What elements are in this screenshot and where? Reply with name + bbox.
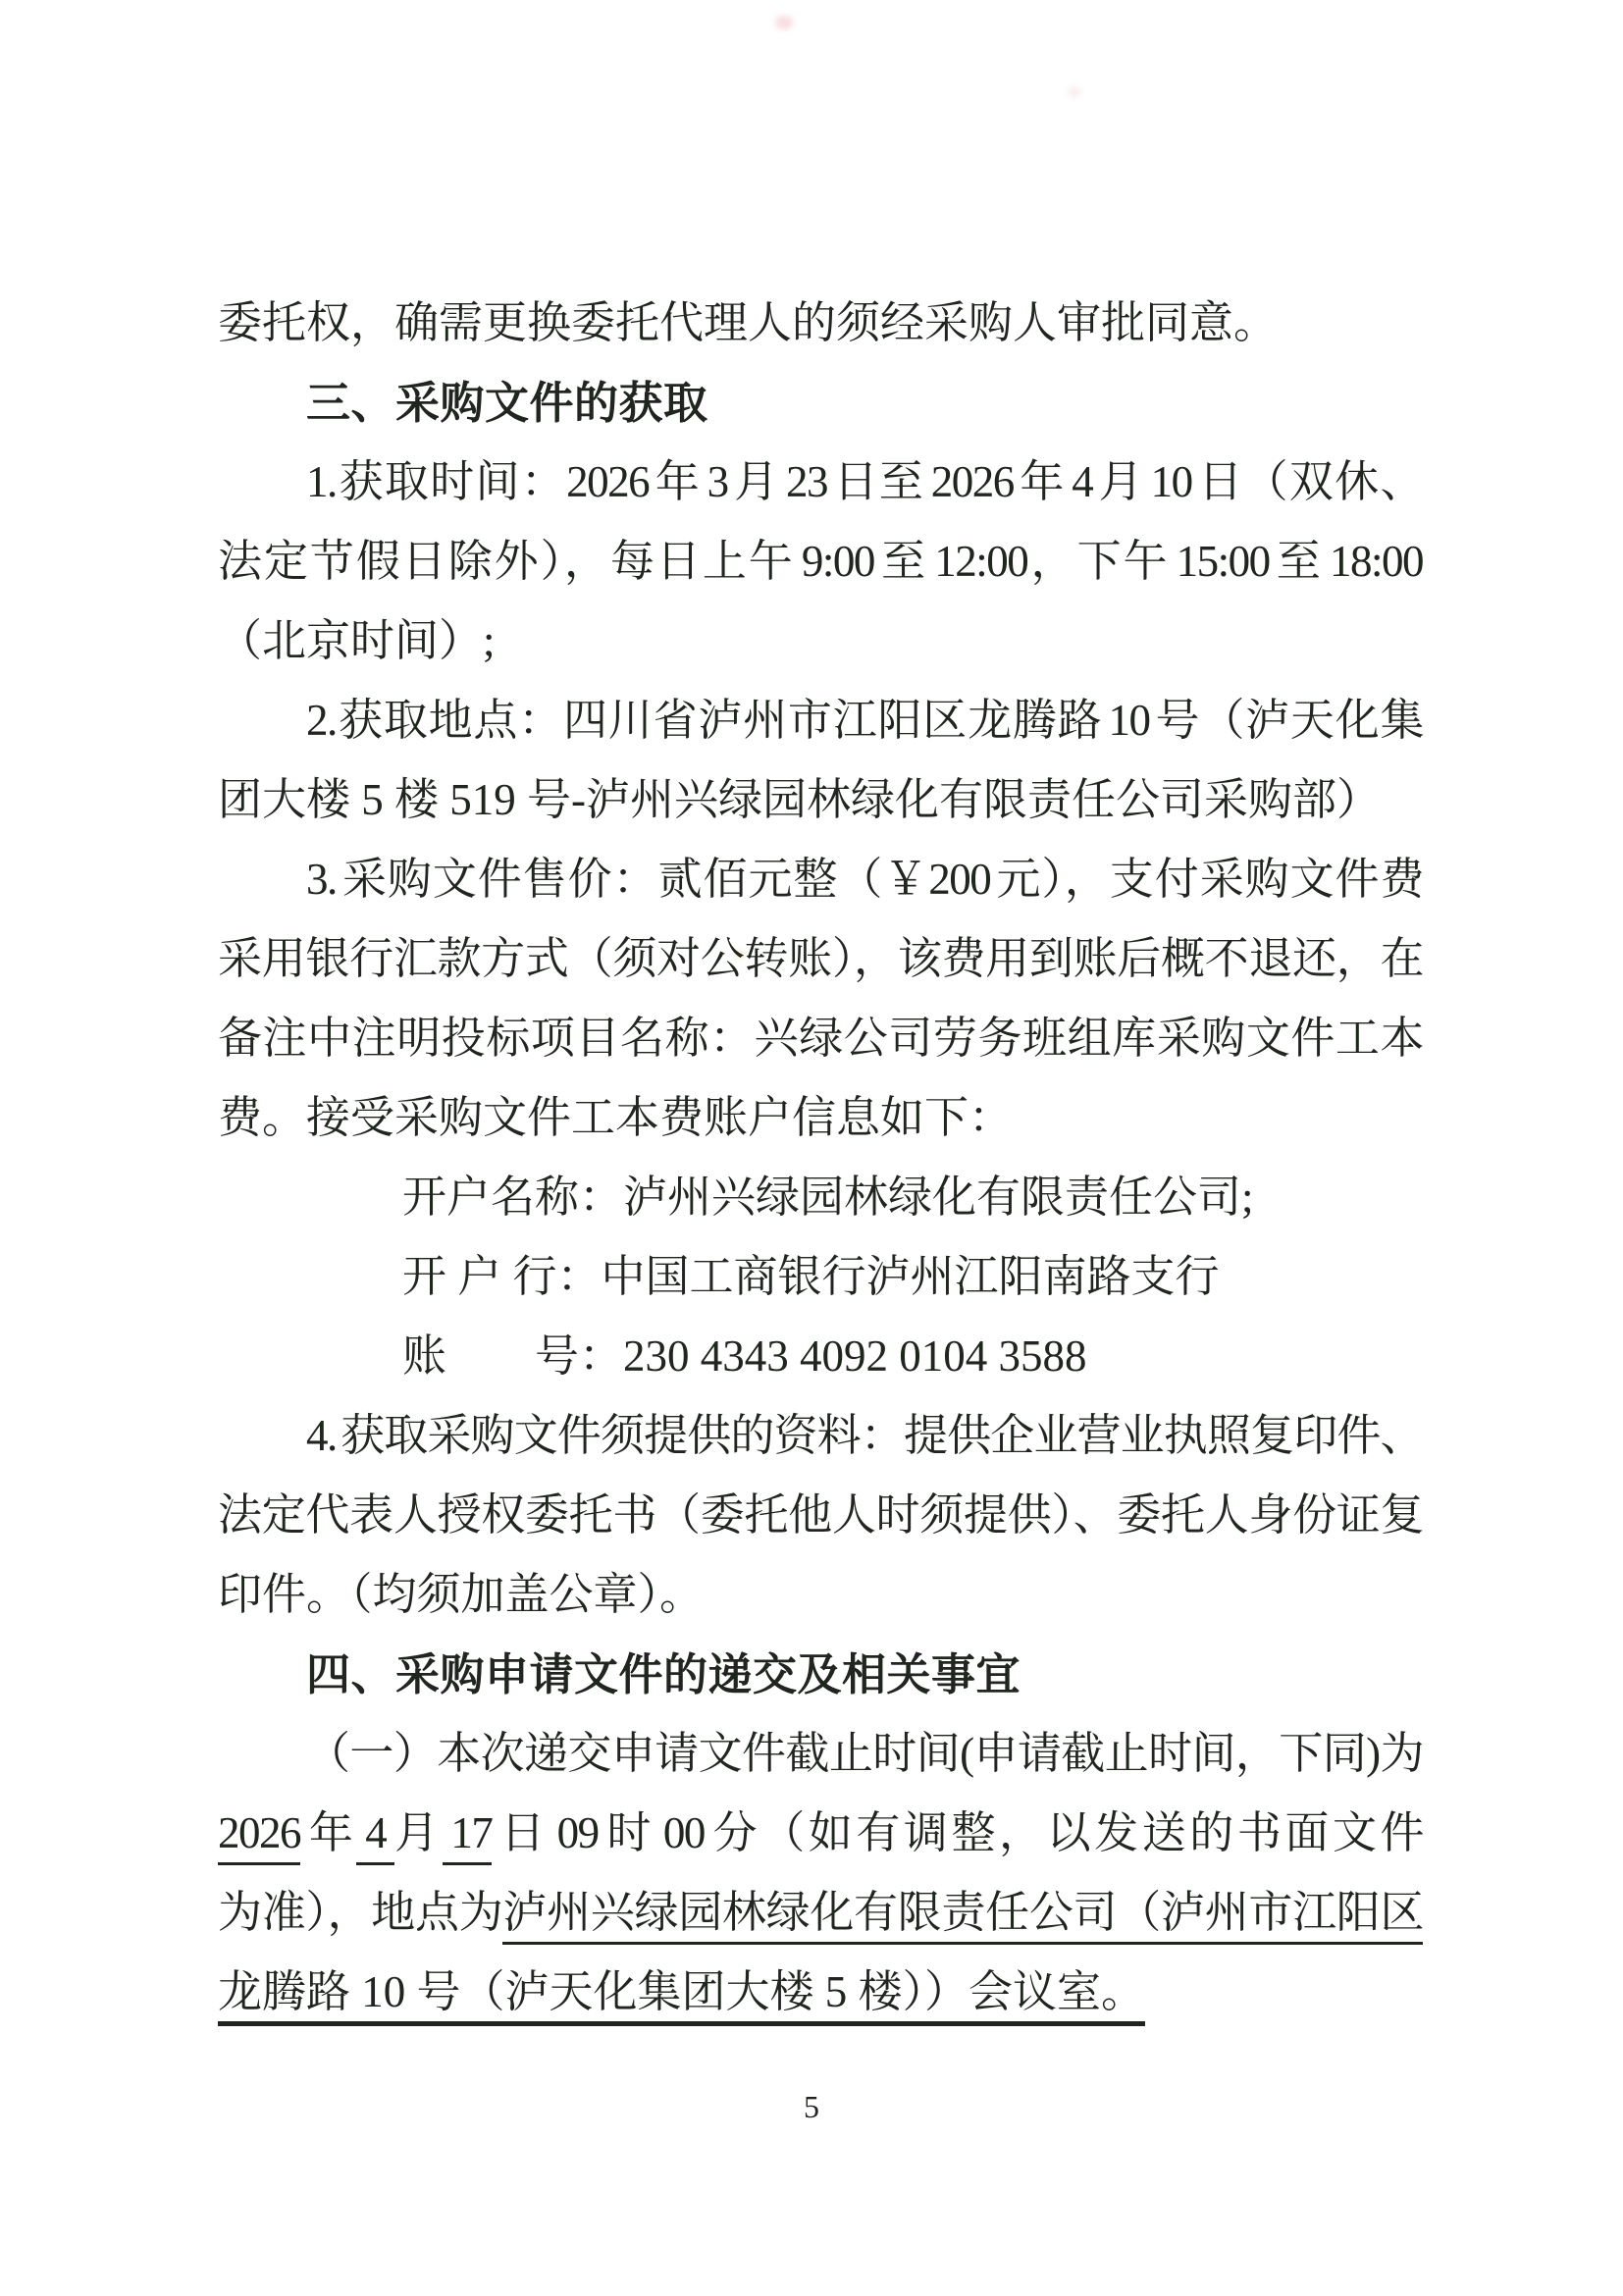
paragraph-line: 3. 采购文件售价：贰佰元整（￥200 元），支付采购文件费 — [218, 840, 1423, 919]
deadline-line: 2026 年 4 月 17 日 09 时 00 分（如有调整，以发送的书面文件 — [218, 1794, 1423, 1873]
paragraph-line: 备注中注明投标项目名称：兴绿公司劳务班组库采购文件工本 — [218, 999, 1423, 1078]
paragraph-line: 团大楼 5 楼 519 号-泸州兴绿园林绿化有限责任公司采购部） — [218, 760, 1423, 840]
deadline-day: 17 — [443, 1808, 493, 1865]
text-segment: 为准），地点为 — [218, 1888, 502, 1937]
location-company-underlined: 泸州兴绿园林绿化有限责任公司（泸州市江阳区 — [502, 1888, 1423, 1945]
paragraph-line: 2.获取地点：四川省泸州市江阳区龙腾路 10 号（泸天化集 — [218, 681, 1423, 760]
paragraph-line: （北京时间）; — [218, 601, 1423, 681]
deadline-month: 4 — [356, 1808, 394, 1865]
location-address-underlined: 龙腾路 10 号（泸天化集团大楼 5 楼））会议室。 — [218, 1967, 1145, 2026]
paragraph-line: 法定节假日除外），每日上午 9:00 至 12:00，下午 15:00 至 18… — [218, 522, 1423, 601]
paragraph-line: 委托权，确需更换委托代理人的须经采购人审批同意。 — [218, 284, 1423, 363]
document-body: 委托权，确需更换委托代理人的须经采购人审批同意。 三、采购文件的获取 1.获取时… — [218, 284, 1423, 2032]
paragraph-line: （一）本次递交申请文件截止时间(申请截止时间，下同)为 — [218, 1714, 1423, 1794]
scan-artifact — [1068, 86, 1081, 98]
paragraph-line: 1.获取时间：2026 年 3 月 23 日至 2026 年 4 月 10 日（… — [218, 443, 1423, 522]
account-number-line: 账 号：230 4343 4092 0104 3588 — [218, 1317, 1423, 1396]
section-heading: 四、采购申请文件的递交及相关事宜 — [218, 1635, 1423, 1714]
bank-name-line: 开 户 行：中国工商银行泸州江阳南路支行 — [218, 1237, 1423, 1317]
paragraph-line: 费。接受采购文件工本费账户信息如下： — [218, 1078, 1423, 1158]
account-name-line: 开户名称：泸州兴绿园林绿化有限责任公司; — [218, 1158, 1423, 1237]
scan-artifact — [775, 16, 793, 29]
paragraph-line: 4. 获取采购文件须提供的资料：提供企业营业执照复印件、 — [218, 1396, 1423, 1476]
text-segment: 月 — [394, 1808, 443, 1857]
page-number: 5 — [0, 2072, 1623, 2141]
paragraph-line: 印件。（均须加盖公章）。 — [218, 1555, 1423, 1635]
location-line: 龙腾路 10 号（泸天化集团大楼 5 楼））会议室。 — [218, 1953, 1423, 2032]
deadline-year: 2026 — [218, 1808, 300, 1865]
text-segment: 日 09 时 00 分（如有调整，以发送的书面文件 — [492, 1808, 1423, 1857]
location-line: 为准），地点为泸州兴绿园林绿化有限责任公司（泸州市江阳区 — [218, 1873, 1423, 1953]
paragraph-line: 法定代表人授权委托书（委托他人时须提供）、委托人身份证复 — [218, 1476, 1423, 1555]
paragraph-line: 采用银行汇款方式（须对公转账），该费用到账后概不退还，在 — [218, 919, 1423, 999]
text-segment: 年 — [300, 1808, 356, 1857]
section-heading: 三、采购文件的获取 — [218, 363, 1423, 443]
